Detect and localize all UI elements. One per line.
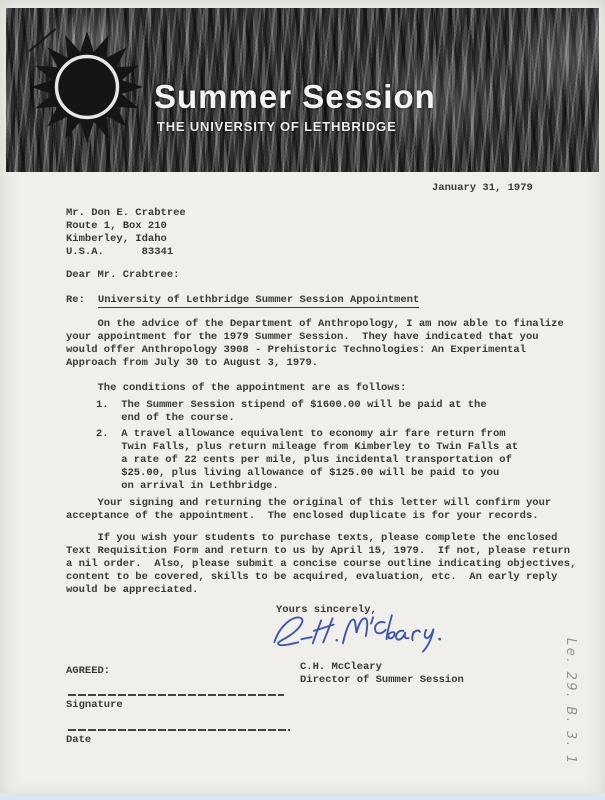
- list-item-1: 1. The Summer Session stipend of $1600.0…: [96, 399, 487, 425]
- handwritten-signature: [266, 610, 448, 660]
- scanned-letter-page: Summer Session THE UNIVERSITY OF LETHBRI…: [0, 0, 605, 800]
- scan-edge-artifact: [0, 793, 605, 800]
- agreed-label: AGREED:: [66, 665, 110, 678]
- signature-line-label: Signature: [66, 699, 123, 712]
- signature-line: [68, 694, 284, 696]
- letter-date: January 31, 1979: [432, 182, 533, 195]
- date-line: [68, 729, 290, 731]
- date-line-label: Date: [66, 734, 91, 747]
- paragraph-3: Your signing and returning the original …: [66, 497, 551, 523]
- paragraph-4: If you wish your students to purchase te…: [66, 532, 576, 597]
- letterhead-subtitle: THE UNIVERSITY OF LETHBRIDGE: [157, 119, 397, 134]
- signer-name-title: C.H. McCleary Director of Summer Session: [300, 661, 464, 687]
- paragraph-2: The conditions of the appointment are as…: [66, 382, 406, 395]
- letterhead-title: Summer Session: [154, 78, 436, 116]
- salutation: Dear Mr. Crabtree:: [66, 269, 179, 282]
- re-subject-underlined: University of Lethbridge Summer Session …: [98, 294, 419, 308]
- re-line: Re:University of Lethbridge Summer Sessi…: [66, 294, 419, 307]
- paragraph-1: On the advice of the Department of Anthr…: [66, 318, 564, 370]
- sun-logo-icon: [28, 28, 146, 146]
- letterhead-banner-photo: Summer Session THE UNIVERSITY OF LETHBRI…: [6, 8, 599, 172]
- archival-number-note: Le. 29. B. 3. 1: [563, 638, 578, 788]
- list-item-2: 2. A travel allowance equivalent to econ…: [96, 428, 518, 493]
- re-label: Re:: [66, 294, 85, 306]
- recipient-address: Mr. Don E. Crabtree Route 1, Box 210 Kim…: [66, 207, 186, 259]
